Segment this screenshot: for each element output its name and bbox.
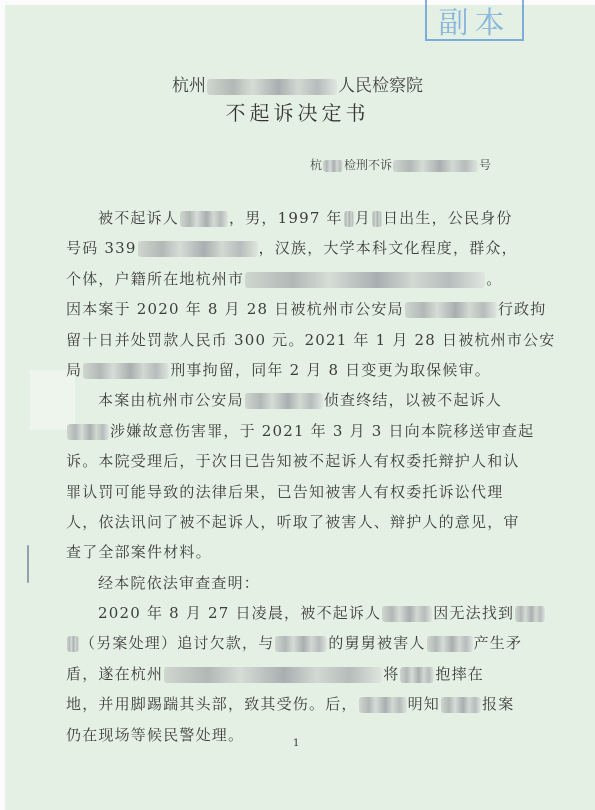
org-prefix: 杭州 (172, 76, 206, 96)
redacted-block (372, 211, 382, 227)
redacted-block (344, 211, 354, 227)
text: 被不起诉人 (98, 209, 179, 227)
body-line: 号码 339，汉族，大学本科文化程度，群众， (66, 233, 532, 263)
margin-mark (27, 545, 29, 583)
text: 盾，遂在杭州 (66, 665, 163, 683)
page-number: 1 (293, 738, 299, 749)
body-line: 查了全部案件材料。 (66, 537, 532, 567)
text: 因本案于 2020 年 8 月 28 日被杭州市公安局 (66, 300, 404, 318)
text: 明知 (408, 695, 440, 713)
text: 号码 339 (66, 239, 137, 257)
text: 的舅舅被害人 (328, 634, 425, 652)
body-line: 个体，户籍所在地杭州市。 (66, 264, 532, 294)
doc-number-prefix: 杭 (310, 158, 322, 172)
redacted-block (405, 302, 497, 318)
redacted-block (138, 241, 258, 257)
text: ，汉族，大学本科文化程度，群众， (259, 239, 518, 257)
text: 行政拘 (498, 300, 547, 318)
text: 抱摔在 (435, 665, 484, 683)
redacted-block (382, 606, 432, 622)
redacted-block (427, 636, 473, 652)
text: 涉嫌故意伤害罪，于 2021 年 3 月 3 日向本院移送审查起 (110, 422, 534, 440)
text: 月 (355, 209, 371, 227)
redacted-block (83, 363, 169, 379)
body-line: 地，并用脚踢踹其头部，致其受伤。后，明知报案 (66, 689, 532, 719)
redacted-block (359, 697, 407, 713)
text: 产生矛 (474, 634, 523, 652)
redacted-block (393, 160, 478, 172)
redacted-block (164, 667, 382, 683)
text: 地，并用脚踢踹其头部，致其受伤。后， (66, 695, 358, 713)
redacted-block (323, 160, 343, 172)
redacted-block (275, 636, 327, 652)
body-line: 因本案于 2020 年 8 月 28 日被杭州市公安局行政拘 (66, 294, 532, 324)
body-line: 本案由杭州市公安局侦查终结，以被不起诉人 (66, 385, 532, 415)
text: 将 (383, 665, 399, 683)
text: 日出生，公民身份 (383, 209, 513, 227)
text: 侦查终结，以被不起诉人 (324, 391, 502, 409)
body-line: 2020 年 8 月 27 日凌晨，被不起诉人因无法找到 (66, 598, 532, 628)
text: ，男，1997 年 (229, 209, 343, 227)
document-number: 杭检刑不诉号 (310, 156, 491, 173)
copy-stamp: 副本 (425, 0, 524, 41)
body-line: （另案处理）追讨欠款，与的舅舅被害人产生矛 (66, 628, 532, 658)
document-title: 不起诉决定书 (0, 97, 595, 126)
text: 。 (486, 270, 502, 288)
body-line: 盾，遂在杭州将抱摔在 (66, 659, 532, 689)
body-line: 经本院依法审查查明： (66, 568, 532, 598)
body-line: 被不起诉人，男，1997 年月日出生，公民身份 (66, 203, 532, 233)
text: 局 (66, 361, 82, 379)
doc-number-suffix: 号 (479, 158, 491, 172)
redacted-block (515, 606, 545, 622)
procuratorate-name: 杭州人民检察院 (0, 71, 595, 96)
doc-number-mid: 检刑不诉 (344, 158, 392, 172)
redacted-block (245, 393, 323, 409)
body-line: 留十日并处罚款人民币 300 元。2021 年 1 月 28 日被杭州市公安 (66, 325, 532, 355)
text: 个体，户籍所在地杭州市 (66, 270, 244, 288)
body-line: 罪认罚可能导致的法律后果，已告知被害人有权委托诉讼代理 (66, 477, 532, 507)
text: 报案 (482, 695, 514, 713)
body-line: 涉嫌故意伤害罪，于 2021 年 3 月 3 日向本院移送审查起 (66, 416, 532, 446)
body-line: 人，依法讯问了被不起诉人，听取了被害人、辩护人的意见，审 (66, 507, 532, 537)
text: （另案处理）追讨欠款，与 (80, 634, 274, 652)
redacted-block (67, 636, 79, 652)
redacted-block (400, 667, 434, 683)
text: 刑事拘留，同年 2 月 8 日变更为取保候审。 (170, 361, 491, 379)
redacted-block (441, 697, 481, 713)
body-line: 诉。本院受理后，于次日已告知被不起诉人有权委托辩护人和认 (66, 446, 532, 476)
org-suffix: 人民检察院 (338, 76, 423, 96)
redacted-block (207, 79, 337, 95)
text: 2020 年 8 月 27 日凌晨，被不起诉人 (98, 604, 381, 622)
text: 因无法找到 (433, 604, 514, 622)
redacted-block (245, 272, 485, 288)
redacted-block (180, 211, 228, 227)
text: 本案由杭州市公安局 (98, 391, 244, 409)
document-body: 被不起诉人，男，1997 年月日出生，公民身份 号码 339，汉族，大学本科文化… (66, 203, 532, 750)
redacted-block (67, 424, 109, 440)
body-line: 局刑事拘留，同年 2 月 8 日变更为取保候审。 (66, 355, 532, 385)
